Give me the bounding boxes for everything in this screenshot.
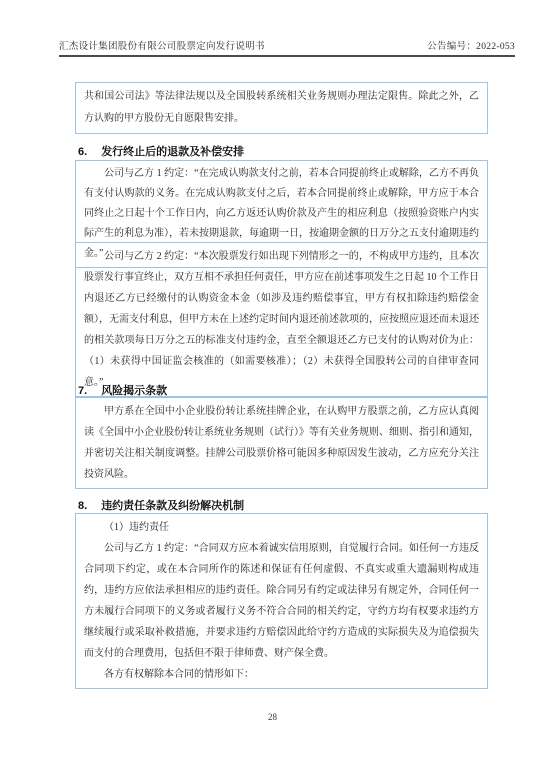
section6-party2-paragraph: 公司与乙方 2 约定：“本次股票发行如出现下列情形之一的，不构成甲方违约，且本次… bbox=[84, 246, 479, 393]
page-number: 28 bbox=[268, 712, 277, 722]
announcement-number: 公告编号：2022-053 bbox=[427, 38, 515, 52]
section-8-number: 8. bbox=[78, 500, 87, 512]
section7-paragraph: 甲方系在全国中小企业股份转让系统挂牌企业，在认购甲方股票之前，乙方应认真阅读《全… bbox=[84, 401, 479, 485]
section8-paragraph-1: 公司与乙方 1 约定：“合同双方应本着诚实信用原则，自觉履行合同。如任何一方违反… bbox=[84, 538, 479, 664]
page-header: 汇杰设计集团股份有限公司股票定向发行说明书 公告编号：2022-053 bbox=[59, 38, 515, 57]
section-6-heading: 6. 发行终止后的退款及补偿安排 bbox=[78, 143, 515, 159]
quote-box-section6-party2: 公司与乙方 2 约定：“本次股票发行如出现下列情形之一的，不构成甲方违约，且本次… bbox=[75, 242, 488, 397]
page-footer: 28 bbox=[0, 712, 545, 722]
quote-box-continuation: 共和国公司法》等法律法规以及全国股转系统相关业务规则办理法定限售。除此之外，乙方… bbox=[75, 82, 488, 134]
section-7-title: 风险揭示条款 bbox=[101, 382, 167, 398]
section8-item-label: （1）违约责任 bbox=[84, 517, 479, 538]
section8-paragraph-2: 各方有权解除本合同的情形如下： bbox=[84, 664, 479, 685]
section-7-heading: 7. 风险揭示条款 bbox=[78, 382, 515, 398]
section-6-number: 6. bbox=[78, 146, 87, 158]
continuation-paragraph: 共和国公司法》等法律法规以及全国股转系统相关业务规则办理法定限售。除此之外，乙方… bbox=[84, 86, 479, 130]
section-7-number: 7. bbox=[78, 385, 87, 397]
section-8-heading: 8. 违约责任条款及纠纷解决机制 bbox=[78, 497, 515, 513]
section-6-title: 发行终止后的退款及补偿安排 bbox=[101, 143, 244, 159]
quote-box-section8: （1）违约责任 公司与乙方 1 约定：“合同双方应本着诚实信用原则，自觉履行合同… bbox=[75, 513, 488, 689]
document-page: 汇杰设计集团股份有限公司股票定向发行说明书 公告编号：2022-053 共和国公… bbox=[0, 0, 545, 771]
quote-box-section7: 甲方系在全国中小企业股份转让系统挂牌企业，在认购甲方股票之前，乙方应认真阅读《全… bbox=[75, 397, 488, 489]
section-8-title: 违约责任条款及纠纷解决机制 bbox=[101, 497, 244, 513]
document-title: 汇杰设计集团股份有限公司股票定向发行说明书 bbox=[59, 38, 265, 52]
